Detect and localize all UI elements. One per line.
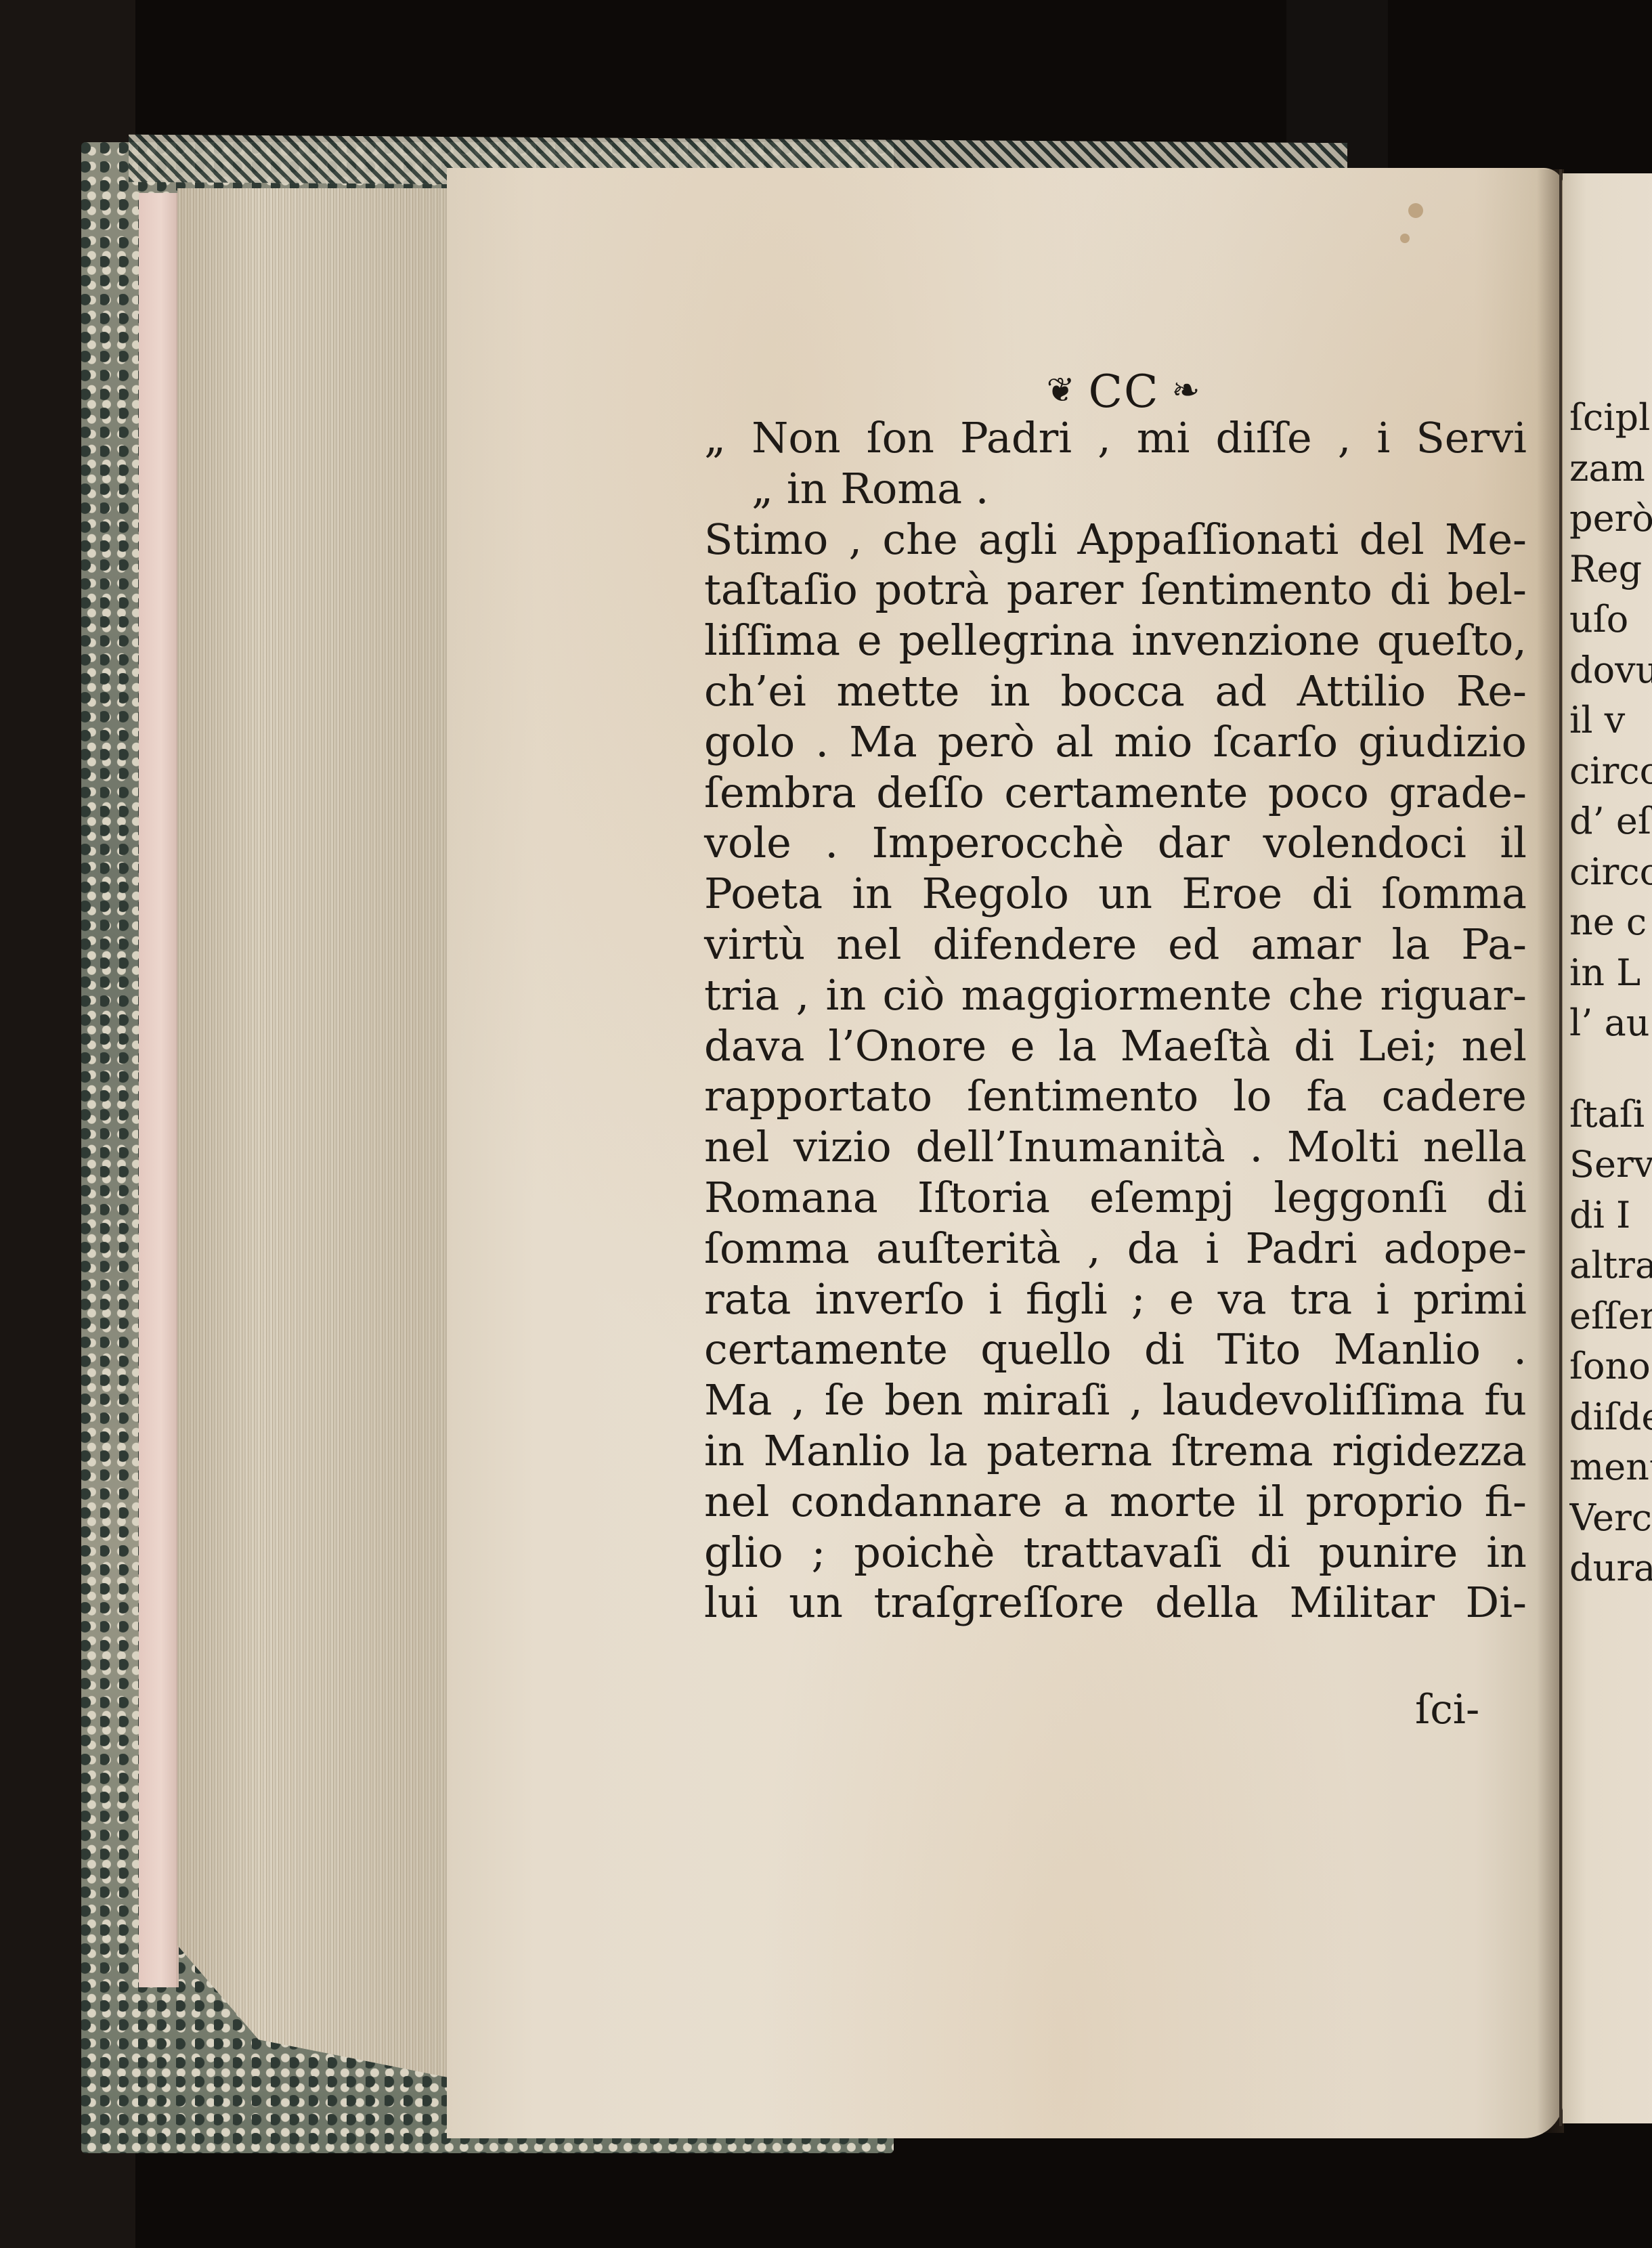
recto-line-fragment: ne c — [1569, 897, 1652, 948]
text-line: tria , in ciò maggiormente che riguar- — [704, 970, 1527, 1021]
recto-line-fragment: circo — [1569, 847, 1652, 898]
foxing-spot — [1400, 234, 1410, 243]
text-line: „ Non ſon Padri , mi diſſe , i Servi — [704, 413, 1527, 464]
recto-line-fragment: eſſer — [1569, 1291, 1652, 1342]
recto-text-fragments: ſcipl zam però Reg uſo dovu il v circo d… — [1569, 393, 1652, 1594]
recto-line-fragment: ment — [1569, 1442, 1652, 1493]
recto-line-fragment: zam — [1569, 444, 1652, 494]
recto-line-fragment: uſo — [1569, 595, 1652, 645]
text-line: rapportato ſentimento lo fa cadere — [704, 1071, 1527, 1122]
recto-line-fragment: però — [1569, 494, 1652, 544]
text-line: taſtaſio potrà parer ſentimento di bel- — [704, 565, 1527, 615]
catchword: ſci- — [1415, 1686, 1479, 1733]
text-line: ſembra deſſo certamente poco grade- — [704, 768, 1527, 819]
verso-text-block: „ Non ſon Padri , mi diſſe , i Servi „ i… — [704, 359, 1564, 1628]
recto-line-fragment: Reg — [1569, 544, 1652, 595]
recto-line-fragment: circo — [1569, 746, 1652, 797]
recto-line-fragment: in L — [1569, 948, 1652, 999]
text-line: golo . Ma però al mio ſcarſo giudizio — [704, 717, 1527, 768]
recto-line-fragment: l’ au — [1569, 998, 1652, 1049]
text-line: ch’ei mette in bocca ad Attilio Re- — [704, 666, 1527, 717]
pink-endpaper — [139, 193, 179, 1987]
text-line: Romana Iſtoria eſempj leggonſi di — [704, 1173, 1527, 1224]
recto-line-fragment: di I — [1569, 1190, 1652, 1241]
text-line: nel condannare a morte il proprio fi- — [704, 1477, 1527, 1528]
recto-line-fragment: ſcipl — [1569, 393, 1652, 444]
text-line: rata inverſo i figli ; e va tra i primi — [704, 1274, 1527, 1325]
recto-line-fragment: dovu — [1569, 645, 1652, 696]
recto-line-fragment: durav — [1569, 1543, 1652, 1594]
recto-line-fragment: ſtaſi — [1569, 1089, 1652, 1140]
text-line: glio ; poichè trattavaſi di punire in — [704, 1528, 1527, 1578]
text-line: liſſima e pellegrina invenzione queſto, — [704, 615, 1527, 666]
recto-line-fragment: ſono — [1569, 1341, 1652, 1392]
recto-line-fragment: altra — [1569, 1240, 1652, 1291]
recto-line-fragment: il v — [1569, 695, 1652, 746]
recto-line-fragment: diſde — [1569, 1392, 1652, 1443]
page-fore-edge-shading — [177, 188, 448, 2077]
text-line: Poeta in Regolo un Eroe di ſomma — [704, 869, 1527, 920]
recto-line-fragment: Serv — [1569, 1140, 1652, 1190]
text-line: certamente quello di Tito Manlio . — [704, 1324, 1527, 1375]
text-line: ſomma auſterità , da i Padri adope- — [704, 1224, 1527, 1274]
recto-line-fragment: Verc — [1569, 1493, 1652, 1544]
recto-line-fragment: d’ eſ — [1569, 796, 1652, 847]
text-line: „ in Roma . — [704, 464, 1225, 515]
text-line: vole . Imperocchè dar volendoci il — [704, 818, 1527, 869]
paragraph-gap — [1569, 1049, 1652, 1089]
text-line: Stimo , che agli Appaſſionati del Me- — [704, 515, 1527, 565]
text-line: virtù nel difendere ed amar la Pa- — [704, 920, 1527, 970]
text-line: dava l’Onore e la Maeſtà di Lei; nel — [704, 1021, 1527, 1072]
text-line: lui un traſgreſſore della Militar Di- — [704, 1578, 1527, 1628]
text-line: Ma , ſe ben miraſi , laudevoliſſima fu — [704, 1375, 1527, 1426]
foxing-spot — [1408, 203, 1423, 218]
text-line: in Manlio la paterna ſtrema rigidezza — [704, 1426, 1527, 1477]
text-line: nel vizio dell’Inumanità . Molti nella — [704, 1122, 1527, 1173]
